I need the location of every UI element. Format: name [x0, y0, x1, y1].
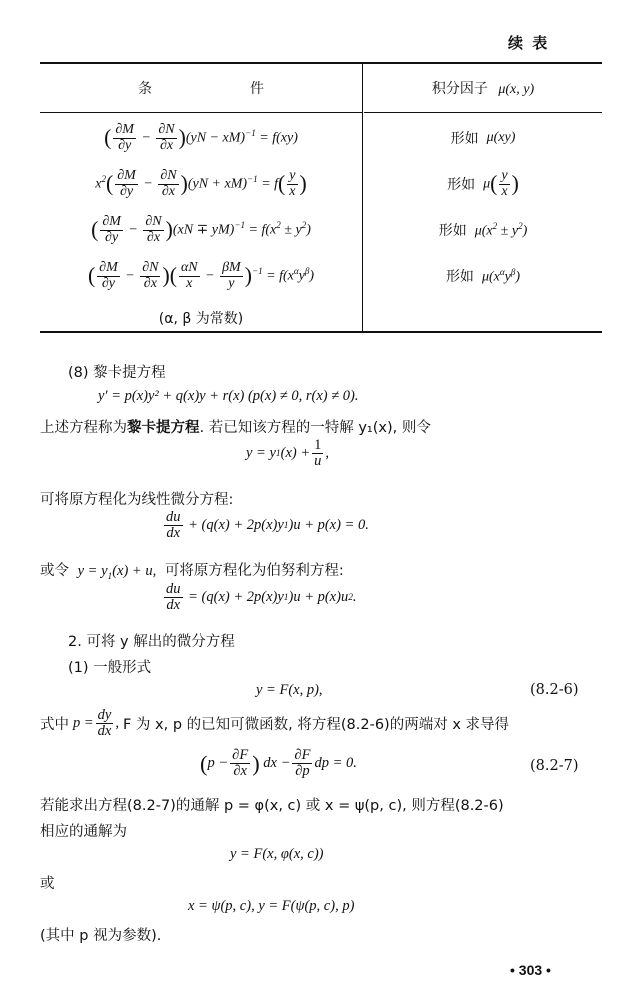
condition-formula-2: x2(∂M∂y − ∂N∂x)(yN + xM)−1 = f(yx): [95, 169, 306, 199]
riccati-equation: y′ = p(x)y² + q(x)y + r(x) (p(x) ≠ 0, r(…: [98, 388, 359, 405]
table-row-1-condition: (∂M∂y − ∂N∂x)(yN − xM)−1 = f(xy): [40, 118, 362, 158]
linear-transform-text: 可将原方程化为线性微分方程:: [40, 488, 233, 509]
subsection-heading-general-form: (1) 一般形式: [68, 656, 151, 677]
text-fragment: . 若已知该方程的一特解 y₁(x), 则令: [200, 420, 431, 436]
factor-value: μ(x2 ± y2): [475, 221, 528, 240]
alt-substitution: y = y1(x) + u,: [78, 563, 157, 579]
table-note-constants: (α, β 为常数): [40, 308, 362, 328]
p-definition-text: 式中 p = dydx, F 为 x, p 的已知可微函数, 将方程(8.2-6…: [40, 708, 509, 739]
section-heading-riccati: (8) 黎卡提方程: [68, 361, 166, 382]
equation-8-2-6: y = F(x, p),: [256, 682, 323, 699]
table-row-4-factor: 形如 μ(xαyβ): [364, 256, 602, 296]
text-fragment: 可将原方程化为伯努利方程:: [165, 563, 344, 579]
linear-ode-equation: dudx + (q(x) + 2p(x)y1)u + p(x) = 0.: [162, 510, 369, 541]
equation-label-8-2-7: (8.2-7): [530, 758, 579, 774]
condition-formula-1: (∂M∂y − ∂N∂x)(yN − xM)−1 = f(xy): [104, 123, 298, 153]
solution-equation-1: y = F(x, φ(x, c)): [230, 846, 323, 863]
factor-header-label: 积分因子: [432, 81, 488, 97]
general-solution-text: 若能求出方程(8.2-7)的通解 p = φ(x, c) 或 x = ψ(p, …: [40, 794, 504, 815]
text-fragment: F 为 x, p 的已知可微函数, 将方程(8.2-6)的两端对 x 求导得: [123, 713, 509, 734]
equation-label-8-2-6: (8.2-6): [530, 682, 579, 698]
table-header-rule-left: [40, 112, 362, 113]
corresponding-solution-text: 相应的通解为: [40, 820, 127, 841]
substitution-equation: y = y1(x) + 1u,: [246, 438, 329, 469]
text-fragment: 或令: [40, 563, 69, 579]
table-row-4-condition: (∂M∂y − ∂N∂x)(αNx − βMy)−1 = f(xαyβ): [40, 256, 362, 296]
riccati-definition-text: 上述方程称为黎卡提方程. 若已知该方程的一特解 y₁(x), 则令: [40, 416, 431, 437]
continued-table-label: 续 表: [508, 32, 549, 53]
table-row-1-factor: 形如 μ(xy): [364, 118, 602, 158]
table-header-rule-right: [364, 112, 602, 113]
factor-value: μ(yx): [483, 169, 519, 199]
factor-value: μ(xy): [487, 130, 516, 146]
factor-prefix: 形如: [446, 266, 474, 286]
table-top-rule: [40, 62, 602, 64]
term-riccati-equation: 黎卡提方程: [127, 420, 200, 436]
bernoulli-transform-text: 或令 y = y1(x) + u, 可将原方程化为伯努利方程:: [40, 559, 344, 582]
factor-prefix: 形如: [451, 128, 479, 148]
table-header-factor: 积分因子 μ(x, y): [364, 78, 602, 98]
text-fragment: 式中: [40, 713, 69, 734]
p-definition: p = dydx,: [73, 708, 119, 739]
table-row-2-factor: 形如 μ(yx): [364, 164, 602, 204]
factor-header-mu: μ(x, y): [498, 82, 534, 97]
parameter-note: (其中 p 视为参数).: [40, 924, 161, 945]
equation-8-2-7: (p − ∂F∂x) dx − ∂F∂pdp = 0.: [200, 748, 357, 779]
table-row-3-condition: (∂M∂y − ∂N∂x)(xN ∓ yM)−1 = f(x2 ± y2): [40, 210, 362, 250]
or-text: 或: [40, 872, 55, 893]
text-fragment: 上述方程称为: [40, 420, 127, 436]
factor-prefix: 形如: [439, 220, 467, 240]
bernoulli-equation: dudx = (q(x) + 2p(x)y1)u + p(x)u2.: [162, 582, 357, 613]
table-column-divider: [362, 64, 363, 332]
page-number: • 303 •: [510, 962, 551, 978]
table-row-2-condition: x2(∂M∂y − ∂N∂x)(yN + xM)−1 = f(yx): [40, 164, 362, 204]
table-bottom-rule: [40, 331, 602, 333]
condition-formula-3: (∂M∂y − ∂N∂x)(xN ∓ yM)−1 = f(x2 ± y2): [91, 215, 311, 245]
factor-prefix: 形如: [447, 174, 475, 194]
factor-value: μ(xαyβ): [482, 267, 520, 286]
table-header-condition: 条 件: [40, 78, 362, 98]
solution-equation-2: x = ψ(p, c), y = F(ψ(p, c), p): [188, 898, 354, 915]
section-heading-2: 2. 可将 y 解出的微分方程: [68, 630, 235, 651]
condition-formula-4: (∂M∂y − ∂N∂x)(αNx − βMy)−1 = f(xαyβ): [88, 261, 314, 291]
table-row-3-factor: 形如 μ(x2 ± y2): [364, 210, 602, 250]
